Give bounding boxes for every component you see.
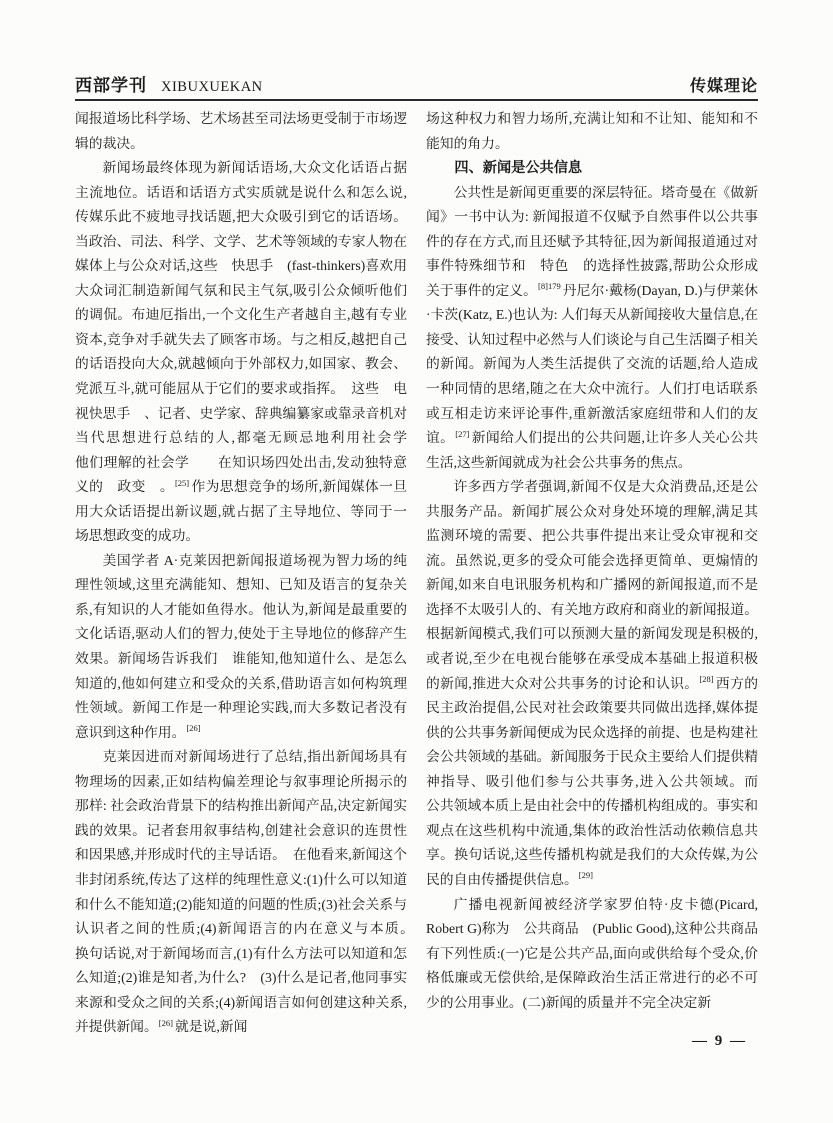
citation-ref: [29]	[579, 870, 593, 880]
citation-ref: [8]179	[538, 281, 561, 291]
citation-ref: [26]	[186, 723, 200, 733]
text-run: 就是说,新闻	[175, 1019, 247, 1034]
citation-ref: [25]	[175, 478, 189, 488]
citation-ref: [26]	[159, 1018, 173, 1028]
paragraph: 美国学者 A·克莱因把新闻报道场视为智力场的纯理性领域,这里充满能知、想知、已知…	[75, 549, 407, 745]
journal-title: 西部学刊XIBUXUEKAN	[75, 71, 263, 96]
text-run: 许多西方学者强调,新闻不仅是大众消费品,还是公共服务产品。新闻扩展公众对身处环境…	[426, 479, 758, 690]
column-left: 闻报道场比科学场、艺术场甚至司法场更受制于市场逻辑的裁决。新闻场最终体现为新闻话…	[75, 107, 407, 1040]
header-rule	[75, 99, 758, 101]
paragraph: 许多西方学者强调,新闻不仅是大众消费品,还是公共服务产品。新闻扩展公众对身处环境…	[426, 475, 758, 892]
paragraph: 克莱因进而对新闻场进行了总结,指出新闻场具有物理场的因素,正如结构偏差理论与叙事…	[75, 745, 407, 1040]
text-run: 场这种权力和智力场所,充满让知和不让知、能知和不能知的角力。	[426, 111, 758, 151]
paragraph: 公共性是新闻更重要的深层特征。塔奇曼在《做新闻》一书中认为: 新闻报道不仅赋予自…	[426, 181, 758, 476]
text-run: 新闻场最终体现为新闻话语场,大众文化话语占据主流地位。话语和话语方式实质就是说什…	[75, 160, 435, 494]
column-right: 场这种权力和智力场所,充满让知和不让知、能知和不能知的角力。四、新闻是公共信息公…	[426, 107, 758, 1040]
text-run: 四、新闻是公共信息	[454, 160, 582, 176]
text-run: 新闻给人们提出的公共问题,让许多人关心公共生活,这些新闻就成为社会公共事务的焦点…	[426, 430, 758, 470]
text-run: 广播电视新闻被经济学家罗伯特·皮卡德(Picard, Robert G)称为 公…	[426, 897, 758, 1010]
citation-ref: [27]	[455, 429, 469, 439]
text-run: 克莱因进而对新闻场进行了总结,指出新闻场具有物理场的因素,正如结构偏差理论与叙事…	[75, 749, 435, 1034]
text-run: 美国学者 A·克莱因把新闻报道场视为智力场的纯理性领域,这里充满能知、想知、已知…	[75, 553, 407, 740]
page-number: — 9 —	[692, 1033, 747, 1050]
journal-name-cn: 西部学刊	[75, 76, 147, 95]
section-label: 传媒理论	[690, 73, 758, 96]
running-head: 西部学刊XIBUXUEKAN 传媒理论	[75, 72, 758, 96]
text-run: 丹尼尔·戴杨(Dayan, D.)与伊莱休·卡茨(Katz, E.)也认为: 人…	[426, 283, 758, 445]
text-run: 公共性是新闻更重要的深层特征。塔奇曼在《做新闻》一书中认为: 新闻报道不仅赋予自…	[426, 185, 758, 298]
paragraph: 新闻场最终体现为新闻话语场,大众文化话语占据主流地位。话语和话语方式实质就是说什…	[75, 156, 407, 549]
journal-name-en: XIBUXUEKAN	[161, 79, 263, 95]
citation-ref: [28]	[699, 674, 713, 684]
paragraph: 场这种权力和智力场所,充满让知和不让知、能知和不能知的角力。	[426, 107, 758, 156]
paragraph: 闻报道场比科学场、艺术场甚至司法场更受制于市场逻辑的裁决。	[75, 107, 407, 156]
article-body: 闻报道场比科学场、艺术场甚至司法场更受制于市场逻辑的裁决。新闻场最终体现为新闻话…	[75, 107, 758, 1040]
section-heading: 四、新闻是公共信息	[426, 156, 758, 181]
text-run: 西方的民主政治提倡,公民对社会政策要共同做出选择,媒体提供的公共事务新闻便成为民…	[426, 676, 772, 887]
text-run: 闻报道场比科学场、艺术场甚至司法场更受制于市场逻辑的裁决。	[75, 111, 407, 151]
paragraph: 广播电视新闻被经济学家罗伯特·皮卡德(Picard, Robert G)称为 公…	[426, 893, 758, 1016]
journal-page: 西部学刊XIBUXUEKAN 传媒理论 闻报道场比科学场、艺术场甚至司法场更受制…	[0, 0, 833, 1123]
